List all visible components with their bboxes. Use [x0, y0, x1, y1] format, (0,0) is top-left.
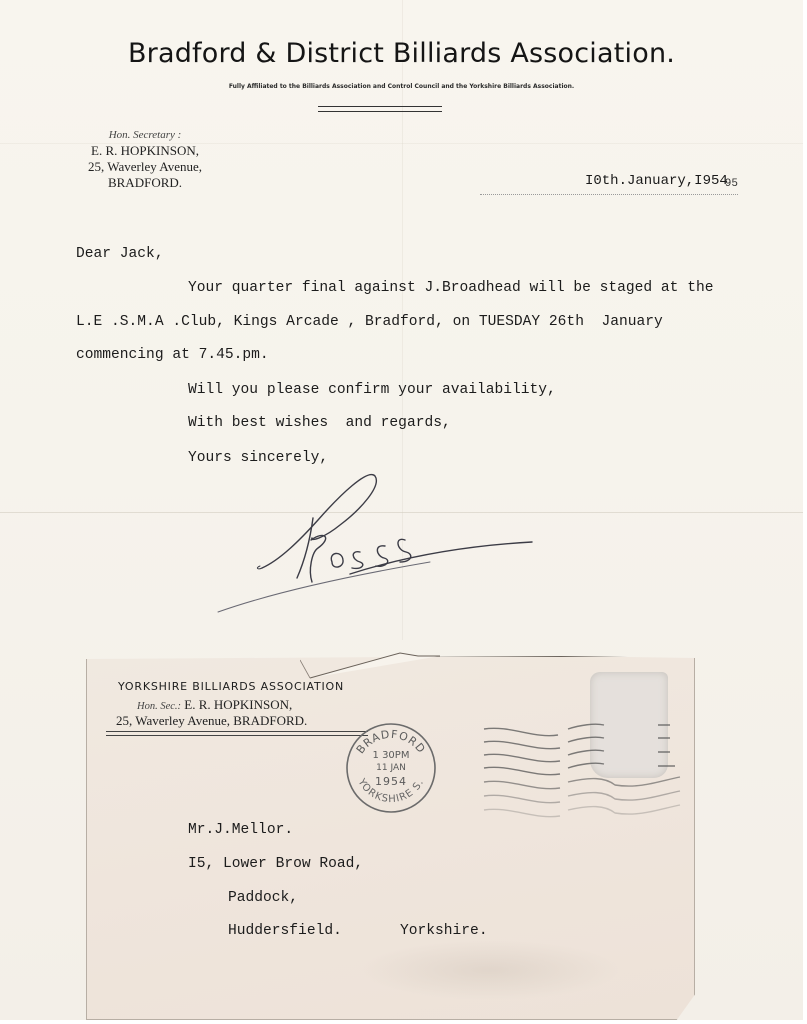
recipient-town: Huddersfield.	[228, 923, 342, 939]
letterhead-title: Bradford & District Billiards Associatio…	[0, 38, 803, 69]
secretary-city: BRADFORD.	[55, 175, 235, 191]
salutation: Dear Jack,	[76, 246, 164, 262]
date-dotted-line	[480, 194, 738, 195]
recipient-name: Mr.J.Mellor.	[188, 822, 293, 838]
letterhead-subtitle: Fully Affiliated to the Billiards Associ…	[0, 83, 803, 90]
recipient-locality: Paddock,	[228, 890, 298, 906]
recipient-county: Yorkshire.	[400, 923, 488, 939]
postmark-date: 11 JAN	[343, 763, 439, 773]
secretary-block: Hon. Secretary : E. R. HOPKINSON, 25, Wa…	[55, 128, 235, 191]
signature	[200, 470, 560, 620]
envelope-sender-name: E. R. HOPKINSON,	[184, 697, 292, 712]
envelope-sender-role: Hon. Sec.:	[137, 701, 181, 712]
letterhead-divider	[318, 106, 442, 112]
body-line-1: Your quarter final against J.Broadhead w…	[188, 280, 713, 296]
secretary-name: E. R. HOPKINSON,	[55, 143, 235, 159]
date-text: I0th.January,I954	[585, 173, 728, 189]
body-line-2: L.E .S.M.A .Club, Kings Arcade , Bradfor…	[76, 314, 663, 330]
envelope-stain	[360, 940, 620, 1000]
envelope-sender-address: 25, Waverley Avenue, BRADFORD.	[116, 713, 307, 729]
closing-line: Yours sincerely,	[188, 450, 328, 466]
secretary-street: 25, Waverley Avenue,	[55, 159, 235, 175]
envelope-divider	[106, 731, 368, 736]
recipient-street: I5, Lower Brow Road,	[188, 856, 363, 872]
letter-date: I0th.January,I95495	[480, 173, 740, 189]
postmark-time: 1 30PM	[343, 750, 439, 761]
body-line-3: commencing at 7.45.pm.	[76, 347, 269, 363]
confirm-line: Will you please confirm your availabilit…	[188, 382, 556, 398]
date-overtype: 95	[725, 178, 738, 190]
secretary-role: Hon. Secretary :	[55, 128, 235, 143]
envelope-tear	[300, 650, 440, 680]
postmark: BRADFORD YORKSHIRE S. 1 30PM 11 JAN 1954	[343, 720, 439, 816]
envelope-sender-line: Hon. Sec.: E. R. HOPKINSON,	[137, 697, 292, 713]
postmark-year: 1954	[343, 775, 439, 788]
wavy-cancellation-lines	[480, 715, 690, 825]
envelope-sender-org: YORKSHIRE BILLIARDS ASSOCIATION	[118, 680, 344, 693]
wishes-line: With best wishes and regards,	[188, 415, 451, 431]
